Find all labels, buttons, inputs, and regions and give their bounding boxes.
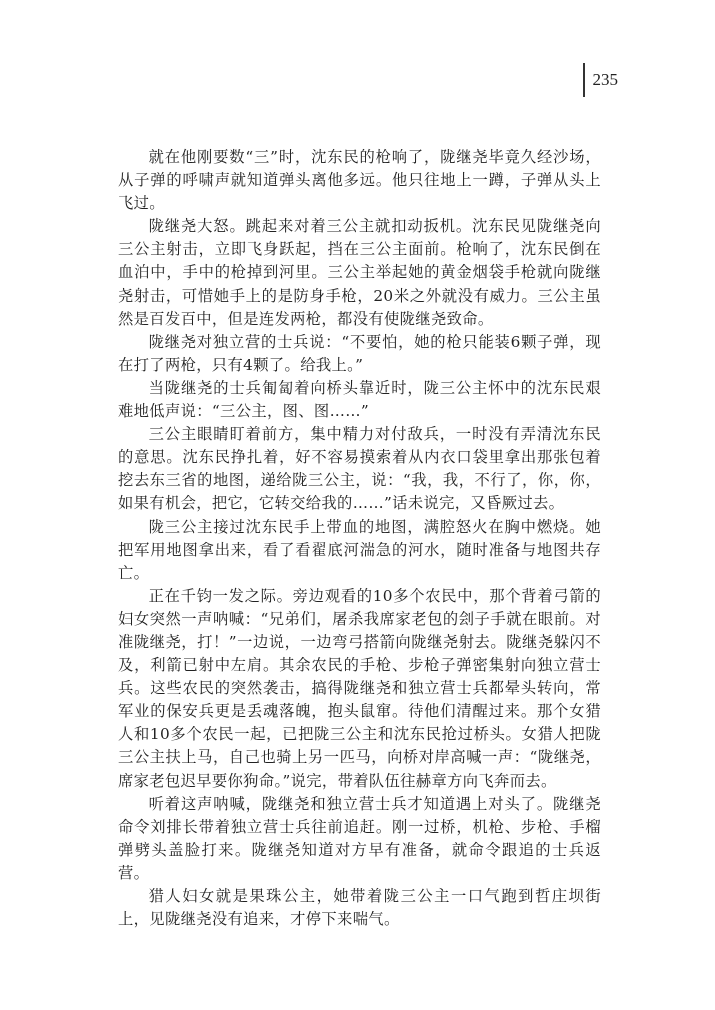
paragraph: 陇继尧大怒。跳起来对着三公主就扣动扳机。沈东民见陇继尧向三公主射击，立即飞身跃起… (118, 215, 601, 330)
paragraph: 陇三公主接过沈东民手上带血的地图，满腔怒火在胸中燃烧。她把军用地图拿出来，看了看… (118, 516, 601, 585)
paragraph: 听着这声呐喊，陇继尧和独立营士兵才知道遇上对头了。陇继尧命令刘排长带着独立营士兵… (118, 793, 601, 885)
paragraph: 正在千钧一发之际。旁边观看的10多个农民中，那个背着弓箭的妇女突然一声呐喊：“兄… (118, 585, 601, 793)
page-header: 235 (583, 62, 618, 98)
paragraph: 就在他刚要数“三”时，沈东民的枪响了，陇继尧毕竟久经沙场，从子弹的呼啸声就知道弹… (118, 146, 601, 215)
paragraph: 猎人妇女就是果珠公主，她带着陇三公主一口气跑到哲庄坝街上，见陇继尧没有追来，才停… (118, 885, 601, 931)
paragraph: 当陇继尧的士兵匍匐着向桥头靠近时，陇三公主怀中的沈东民艰难地低声说：“三公主，图… (118, 377, 601, 423)
paragraph: 陇继尧对独立营的士兵说：“不要怕，她的枪只能装6颗子弹，现在打了两枪，只有4颗了… (118, 331, 601, 377)
body-text: 就在他刚要数“三”时，沈东民的枪响了，陇继尧毕竟久经沙场，从子弹的呼啸声就知道弹… (118, 146, 601, 931)
paragraph: 三公主眼睛盯着前方，集中精力对付敌兵，一时没有弄清沈东民的意思。沈东民挣扎着，好… (118, 423, 601, 515)
header-rule (583, 63, 585, 97)
page-number: 235 (593, 70, 619, 90)
